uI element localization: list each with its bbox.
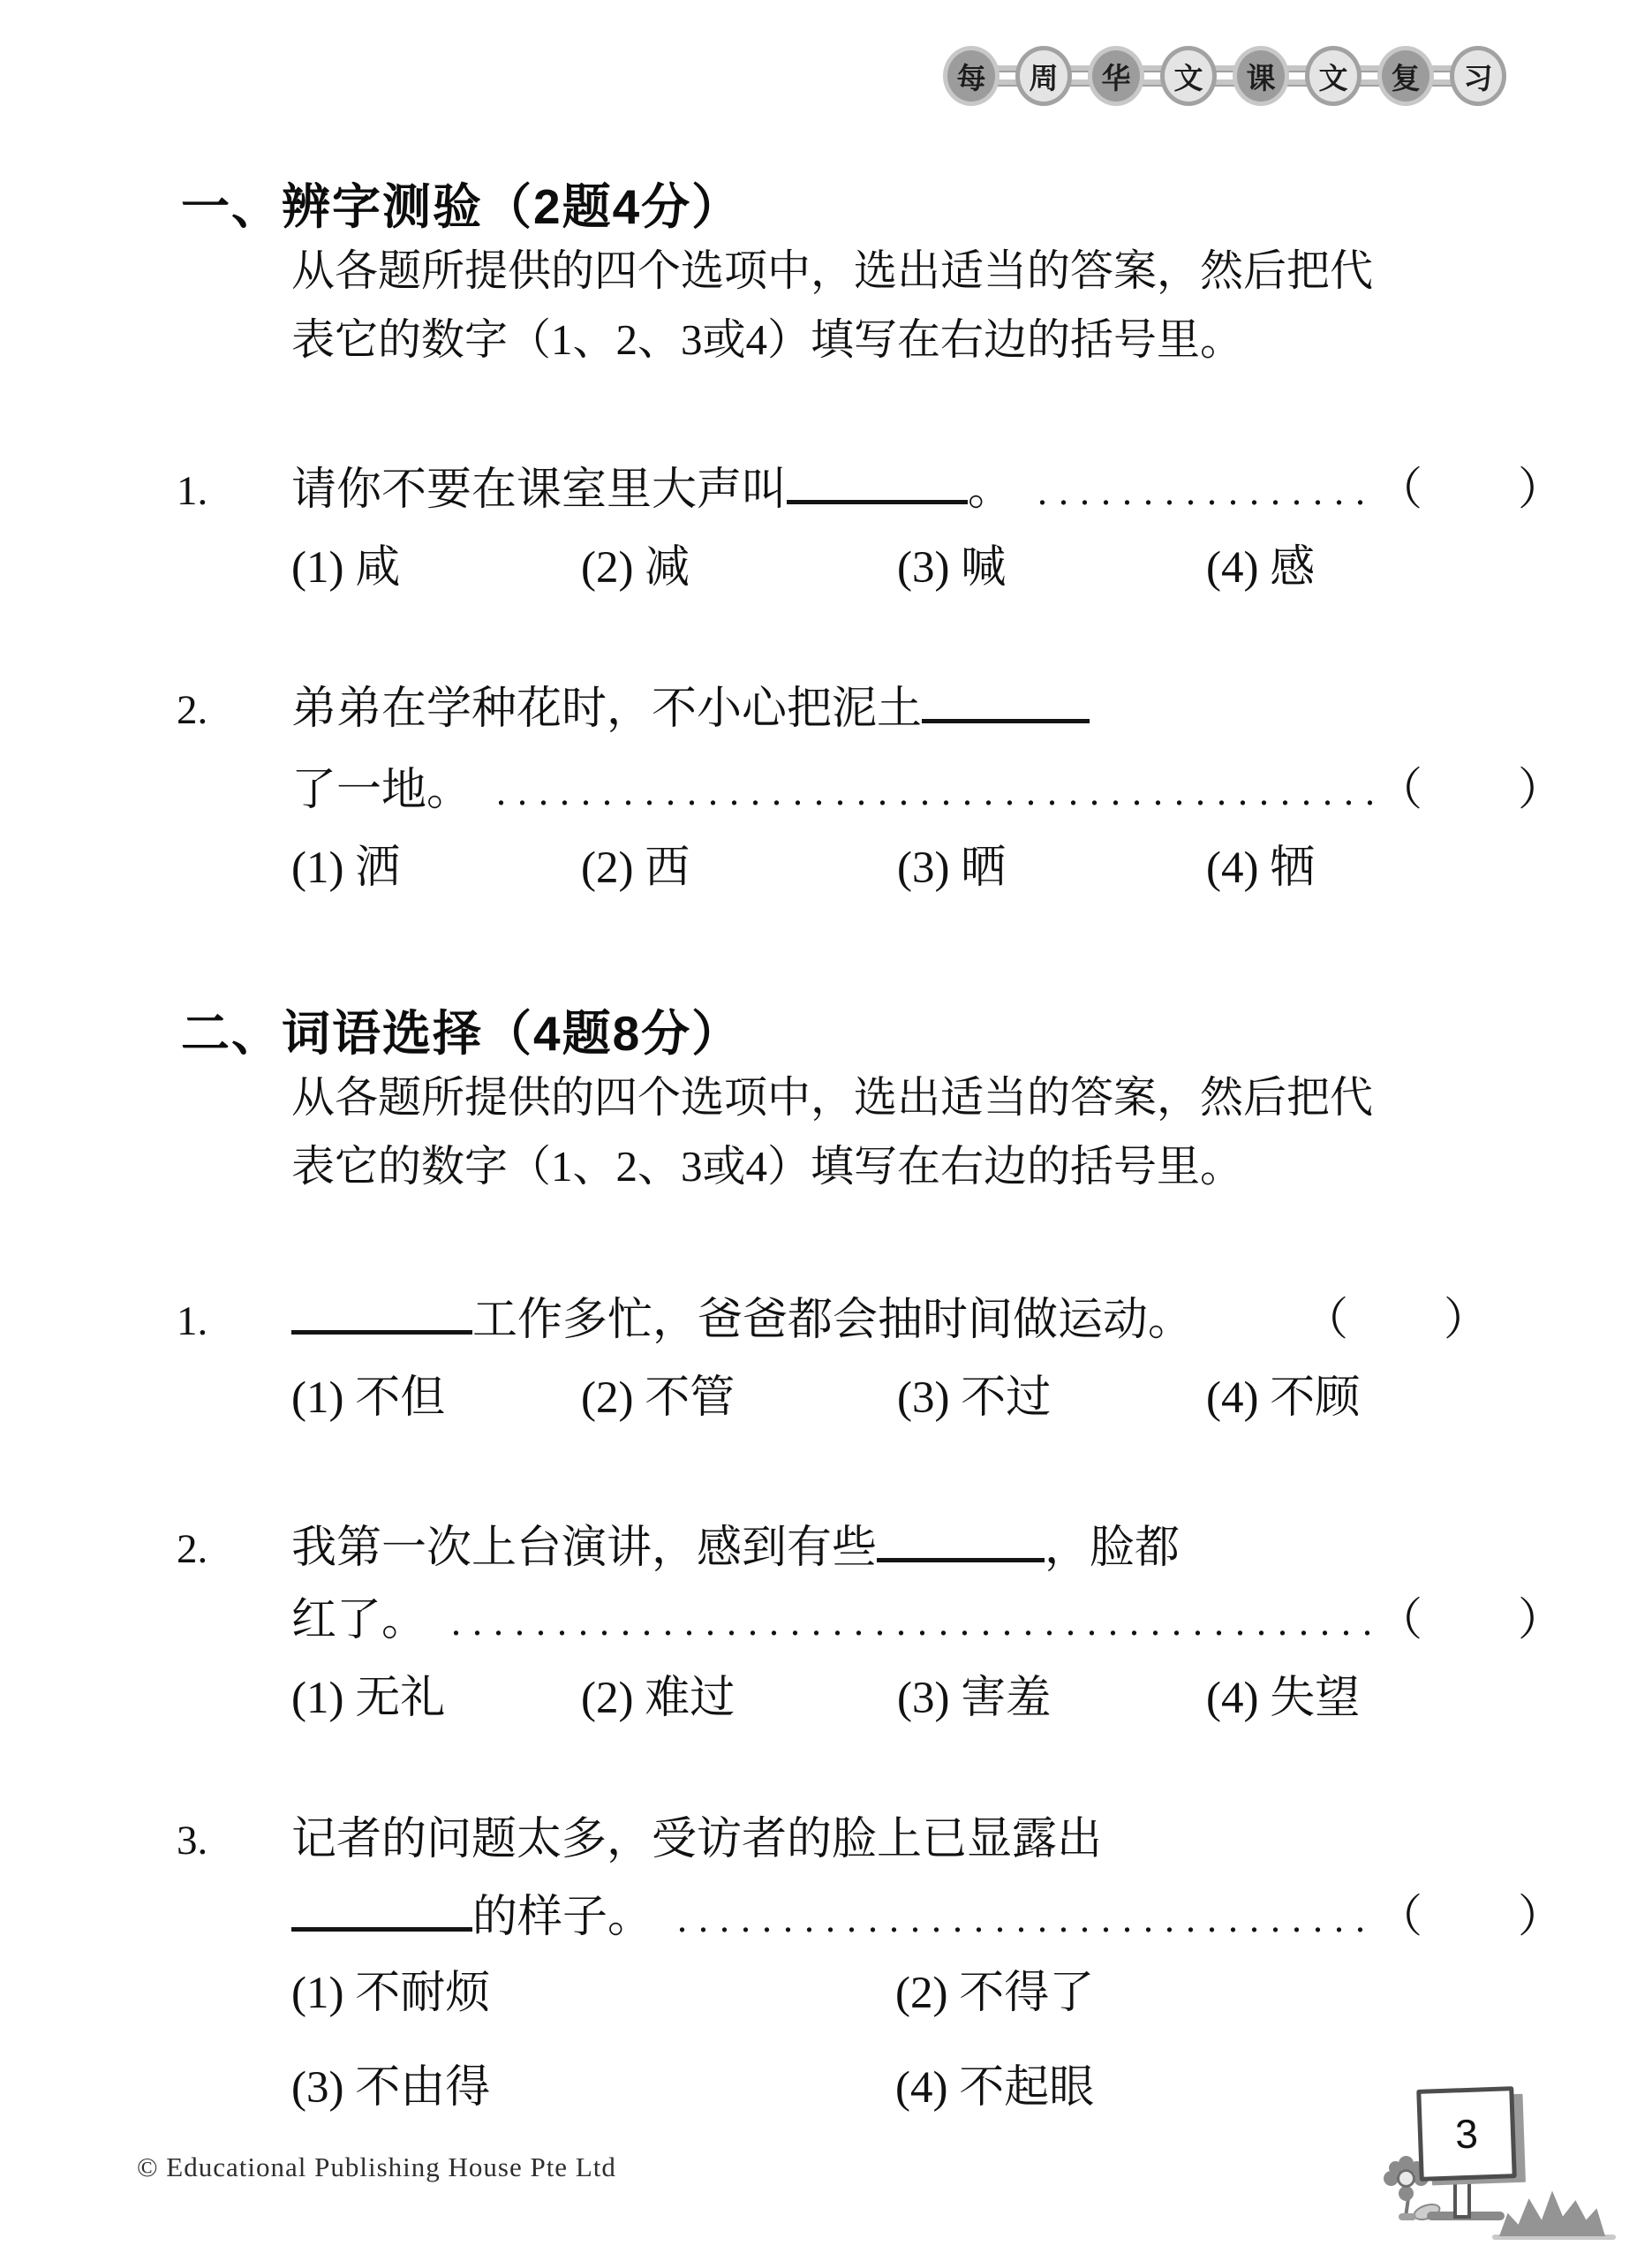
option: (2) 西 bbox=[581, 830, 897, 896]
answer-bracket: （ ） bbox=[1303, 1282, 1490, 1348]
header-badge-char: 课 bbox=[1247, 56, 1276, 97]
question-row: 2. 弟弟在学种花时，不小心把泥土 bbox=[177, 671, 1565, 737]
header-badge: 课 bbox=[1233, 46, 1289, 106]
question-row: 1. 请你不要在课室里大声叫 。 .......................… bbox=[177, 452, 1565, 518]
option: (1) 洒 bbox=[291, 830, 581, 896]
question-row: 1. 工作多忙，爸爸都会抽时间做运动。 （ ） bbox=[177, 1282, 1565, 1348]
question-number: 2. bbox=[177, 686, 291, 734]
header-badge-char: 华 bbox=[1102, 56, 1131, 97]
options-row: (1) 无礼 (2) 难过 (3) 害羞 (4) 失望 bbox=[291, 1660, 1576, 1726]
ground-dash bbox=[1399, 2213, 1416, 2220]
question-number: 3. bbox=[177, 1817, 291, 1864]
options-row: (1) 不但 (2) 不管 (3) 不过 (4) 不顾 bbox=[291, 1360, 1576, 1425]
header-badge: 文 bbox=[1305, 46, 1362, 106]
fill-in-blank bbox=[922, 710, 1090, 723]
question-text: ，脸都 bbox=[1045, 1510, 1180, 1576]
header-badge-char: 习 bbox=[1464, 56, 1493, 97]
question-text: 了一地。 bbox=[291, 752, 471, 818]
header-badge: 习 bbox=[1450, 46, 1506, 106]
dotted-leader: ........................................… bbox=[1013, 469, 1377, 514]
header-badge-char: 周 bbox=[1030, 56, 1059, 97]
option: (1) 无礼 bbox=[291, 1660, 581, 1726]
flower-icon bbox=[1397, 2169, 1415, 2188]
option: (4) 牺 bbox=[1206, 830, 1576, 896]
page-number-sign: 3 bbox=[1360, 2081, 1651, 2261]
question-text: 我第一次上台演讲，感到有些 bbox=[291, 1510, 877, 1576]
header-badge: 复 bbox=[1377, 46, 1434, 106]
question-row: 红了。 ....................................… bbox=[291, 1583, 1565, 1648]
question-number: 1. bbox=[177, 467, 291, 515]
instruction-line: 表它的数字（1、2、3或4）填写在右边的括号里。 bbox=[291, 306, 1580, 374]
header-badge-char: 文 bbox=[1174, 56, 1203, 97]
header-badge-char: 文 bbox=[1319, 56, 1348, 97]
bush-icon bbox=[1499, 2178, 1605, 2236]
header-badge: 周 bbox=[1015, 46, 1072, 106]
dotted-leader: ........................................… bbox=[471, 769, 1377, 814]
option: (3) 不由得 bbox=[291, 2050, 895, 2115]
answer-bracket: （ ） bbox=[1377, 452, 1565, 518]
option: (3) 不过 bbox=[897, 1360, 1206, 1425]
fill-in-blank bbox=[291, 1918, 472, 1932]
instruction-line: 从各题所提供的四个选项中，选出适当的答案，然后把代 bbox=[291, 1063, 1580, 1132]
dotted-leader: ........................................… bbox=[426, 1599, 1377, 1645]
option: (2) 减 bbox=[581, 530, 897, 595]
options-row: (1) 洒 (2) 西 (3) 晒 (4) 牺 bbox=[291, 830, 1576, 896]
option: (3) 害羞 bbox=[897, 1660, 1206, 1726]
option: (1) 不耐烦 bbox=[291, 1955, 895, 2021]
option: (4) 不顾 bbox=[1206, 1360, 1576, 1425]
sign-board: 3 bbox=[1416, 2086, 1517, 2182]
header-badge-char: 复 bbox=[1392, 56, 1421, 97]
section-1-instructions: 从各题所提供的四个选项中，选出适当的答案，然后把代 表它的数字（1、2、3或4）… bbox=[291, 237, 1580, 374]
option: (1) 不但 bbox=[291, 1360, 581, 1425]
header-title-chain: 每 周 华 文 课 文 复 习 bbox=[943, 44, 1506, 108]
sign-post bbox=[1453, 2178, 1471, 2219]
option: (2) 难过 bbox=[581, 1660, 897, 1726]
fill-in-blank bbox=[787, 491, 968, 504]
option: (3) 晒 bbox=[897, 830, 1206, 896]
question-text: 记者的问题太多，受访者的脸上已显露出 bbox=[291, 1802, 1102, 1867]
answer-bracket: （ ） bbox=[1377, 752, 1565, 818]
header-badge-char: 每 bbox=[957, 56, 986, 97]
worksheet-page: 每 周 华 文 课 文 复 习 一、辨字测验（2题4分） 从各题所提供的四个选项… bbox=[0, 0, 1652, 2261]
copyright-notice: © Educational Publishing House Pte Ltd bbox=[137, 2151, 616, 2183]
question-text: 。 bbox=[968, 452, 1013, 518]
option: (2) 不得了 bbox=[895, 1955, 1576, 2021]
option: (2) 不管 bbox=[581, 1360, 897, 1425]
question-text: 请你不要在课室里大声叫 bbox=[291, 452, 787, 518]
option: (3) 喊 bbox=[897, 530, 1206, 595]
page-number: 3 bbox=[1454, 2110, 1478, 2159]
question-row: 3. 记者的问题太多，受访者的脸上已显露出 bbox=[177, 1802, 1565, 1867]
question-row: 2. 我第一次上台演讲，感到有些 ，脸都 bbox=[177, 1510, 1565, 1576]
question-number: 1. bbox=[177, 1297, 291, 1345]
question-text: 弟弟在学种花时，不小心把泥土 bbox=[291, 671, 922, 737]
section-2-instructions: 从各题所提供的四个选项中，选出适当的答案，然后把代 表它的数字（1、2、3或4）… bbox=[291, 1063, 1580, 1201]
instruction-line: 表它的数字（1、2、3或4）填写在右边的括号里。 bbox=[291, 1132, 1580, 1201]
options-row: (1) 咸 (2) 减 (3) 喊 (4) 感 bbox=[291, 530, 1576, 595]
question-text: 工作多忙，爸爸都会抽时间做运动。 bbox=[472, 1282, 1193, 1348]
question-text: 红了。 bbox=[291, 1583, 426, 1648]
fill-in-blank bbox=[291, 1321, 472, 1335]
option: (1) 咸 bbox=[291, 530, 581, 595]
question-text: 的样子。 bbox=[472, 1879, 653, 1945]
question-row: 了一地。 ...................................… bbox=[291, 752, 1565, 818]
question-number: 2. bbox=[177, 1525, 291, 1573]
answer-bracket: （ ） bbox=[1377, 1583, 1565, 1648]
section-1-title: 一、辨字测验（2题4分） bbox=[181, 168, 742, 238]
option: (4) 失望 bbox=[1206, 1660, 1576, 1726]
dotted-leader: ........................................… bbox=[653, 1896, 1377, 1941]
question-row: 的样子。 ...................................… bbox=[291, 1879, 1565, 1945]
header-badge: 每 bbox=[943, 46, 999, 106]
fill-in-blank bbox=[877, 1549, 1045, 1562]
header-badge: 华 bbox=[1088, 46, 1144, 106]
instruction-line: 从各题所提供的四个选项中，选出适当的答案，然后把代 bbox=[291, 237, 1580, 306]
answer-bracket: （ ） bbox=[1377, 1879, 1565, 1945]
header-badge: 文 bbox=[1160, 46, 1217, 106]
option: (4) 感 bbox=[1206, 530, 1576, 595]
section-2-title: 二、词语选择（4题8分） bbox=[181, 994, 742, 1064]
